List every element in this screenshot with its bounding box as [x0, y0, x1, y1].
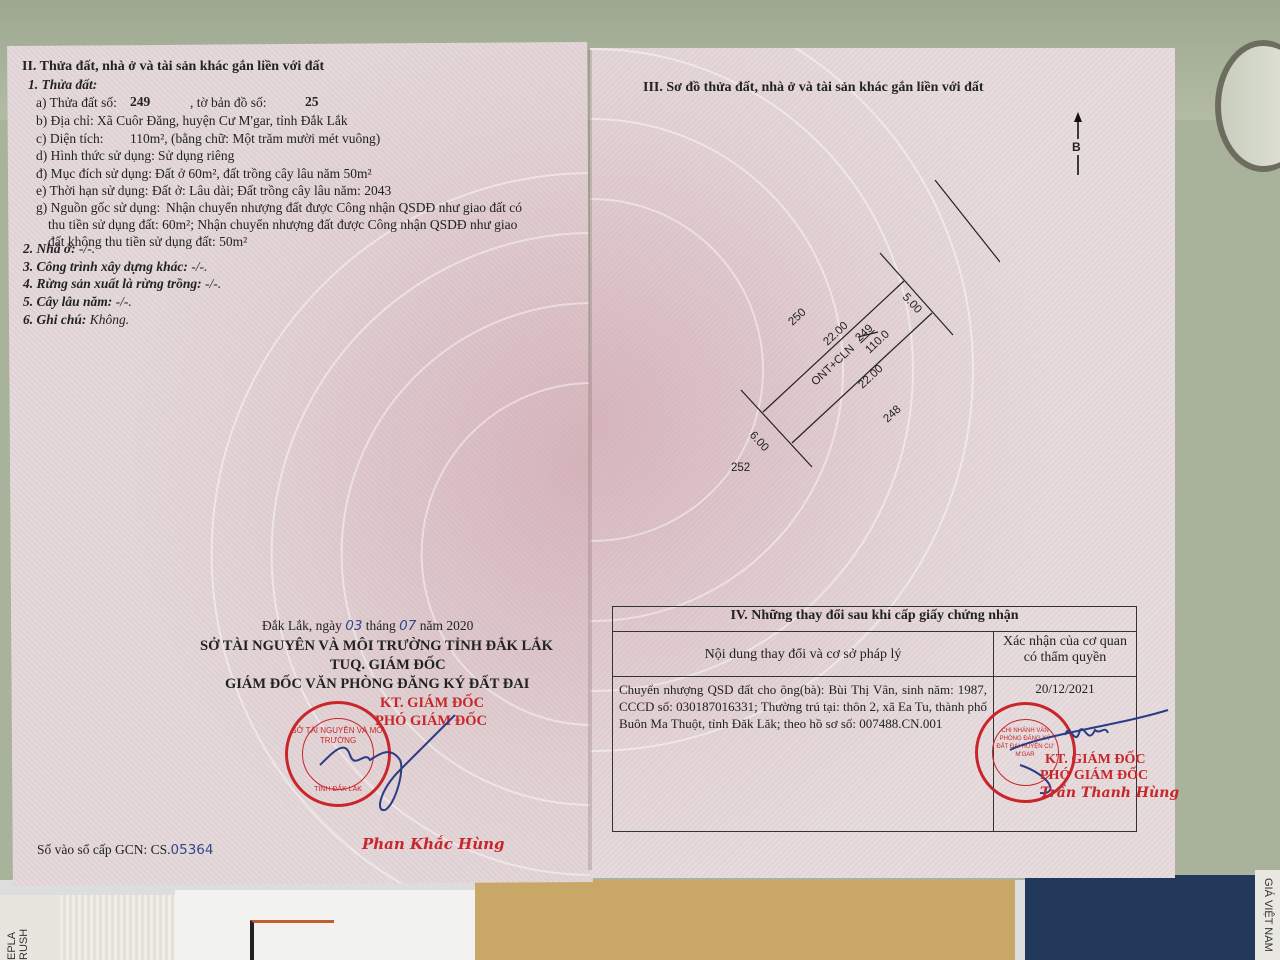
left-item: 4. Rừng sản xuất là rừng trồng: -/-.	[23, 276, 221, 292]
background-side-text-left: EPLA RUSH	[6, 905, 30, 960]
area-label: c) Diện tích:	[36, 131, 103, 147]
left-item: 2. Nhà ở: -/-.	[23, 241, 95, 257]
left-item-label: 5. Cây lâu năm:	[23, 294, 112, 309]
origin-line-2: thu tiền sử dụng đất: 60m²; Nhận chuyển …	[48, 217, 517, 233]
term-label: e) Thời hạn sử dụng:	[36, 183, 148, 199]
purpose-label: đ) Mục đích sử dụng:	[36, 166, 152, 182]
left-item-label: 3. Công trình xây dựng khác:	[23, 259, 188, 274]
date-day: 03	[345, 618, 362, 634]
woven-fabric	[60, 895, 175, 960]
kraft-envelope	[475, 880, 1015, 960]
card-logo-icon	[250, 920, 334, 960]
section-ii-title: II. Thửa đất, nhà ở và tài sản khác gắn …	[22, 59, 324, 75]
signature-left	[310, 710, 460, 820]
left-item-value: -/-.	[191, 259, 207, 274]
north-label: B	[1072, 139, 1081, 155]
usage-form-label: d) Hình thức sử dụng:	[36, 148, 155, 164]
left-item-label: 2. Nhà ở:	[23, 241, 76, 256]
registry-label: Số vào sổ cấp GCN: CS.	[37, 842, 171, 857]
navy-booklet	[1025, 875, 1255, 960]
map-sheet-label: , tờ bản đồ số:	[190, 95, 267, 111]
purpose-value: Đất ở 60m², đất trồng cây lâu năm 50m²	[155, 166, 372, 182]
left-item-label: 6. Ghi chú:	[23, 312, 86, 327]
date-month: 07	[399, 618, 416, 634]
tuq-title: TUQ. GIÁM ĐỐC	[330, 657, 446, 673]
area-value: 110m², (bằng chữ: Một trăm mười mét vuôn…	[130, 131, 380, 147]
col-header-confirmation: Xác nhận của cơ quan có thẩm quyền	[994, 632, 1137, 677]
signing-place-date: Đắk Lắk, ngày 03 tháng 07 năm 2020	[262, 618, 473, 634]
registry-no: 05364	[171, 842, 214, 858]
authority-name: SỞ TÀI NGUYÊN VÀ MÔI TRƯỜNG TỈNH ĐẮK LẮK	[200, 638, 553, 654]
background-side-text-right: GIÁ VIỆT NAM	[1262, 878, 1274, 952]
date-month-label: tháng	[366, 618, 396, 633]
origin-label: g) Nguồn gốc sử dụng:	[36, 200, 160, 216]
parcel-no-label: a) Thửa đất số:	[36, 95, 117, 111]
left-item: 5. Cây lâu năm: -/-.	[23, 294, 132, 310]
left-item: 3. Công trình xây dựng khác: -/-.	[23, 259, 207, 275]
booklet-spine	[588, 50, 592, 870]
origin-line-1: Nhận chuyển nhượng đất được Công nhận QS…	[166, 200, 522, 216]
left-item-label: 4. Rừng sản xuất là rừng trồng:	[23, 276, 202, 291]
term-value: Đất ở: Lâu dài; Đất trồng cây lâu năm: 2…	[152, 183, 391, 199]
parcel-no: 249	[130, 94, 150, 110]
left-item-value: -/-.	[205, 276, 221, 291]
right-deputy-title: PHÓ GIÁM ĐỐC	[1040, 768, 1148, 784]
kt-title: KT. GIÁM ĐỐC	[380, 695, 484, 711]
usage-form-value: Sử dụng riêng	[158, 148, 234, 164]
left-item-value: -/-.	[79, 241, 95, 256]
changes-title: IV. Những thay đổi sau khi cấp giấy chứn…	[613, 607, 1137, 632]
date-prefix: Đắk Lắk, ngày	[262, 618, 342, 633]
subsection-parcel: 1. Thửa đất:	[28, 77, 97, 93]
left-item: 6. Ghi chú: Không.	[23, 312, 129, 328]
col-header-content: Nội dung thay đổi và cơ sở pháp lý	[613, 632, 994, 677]
director-title: GIÁM ĐỐC VĂN PHÒNG ĐĂNG KÝ ĐẤT ĐAI	[225, 676, 529, 692]
section-iii-title: III. Sơ đồ thửa đất, nhà ở và tài sản kh…	[643, 80, 984, 96]
registry-number: Số vào sổ cấp GCN: CS.05364	[37, 842, 213, 858]
signer-name-left: Phan Khắc Hùng	[362, 836, 505, 852]
left-item-value: -/-.	[116, 294, 132, 309]
neighbor-west-label: 252	[731, 460, 750, 476]
left-item-value: Không.	[90, 312, 129, 327]
right-signer-name: Trần Thanh Hùng	[1040, 785, 1179, 801]
change-entry-date: 20/12/2021	[995, 681, 1135, 697]
change-entry-content: Chuyển nhượng QSD đất cho ông(bà): Bùi T…	[613, 677, 994, 832]
address-value: Xã Cuôr Đăng, huyện Cư M'gar, tỉnh Đắk L…	[97, 113, 348, 129]
right-kt-title: KT. GIÁM ĐỐC	[1045, 752, 1145, 768]
map-sheet-no: 25	[305, 94, 319, 110]
date-year: năm 2020	[420, 618, 474, 633]
address-label: b) Địa chỉ:	[36, 113, 94, 129]
